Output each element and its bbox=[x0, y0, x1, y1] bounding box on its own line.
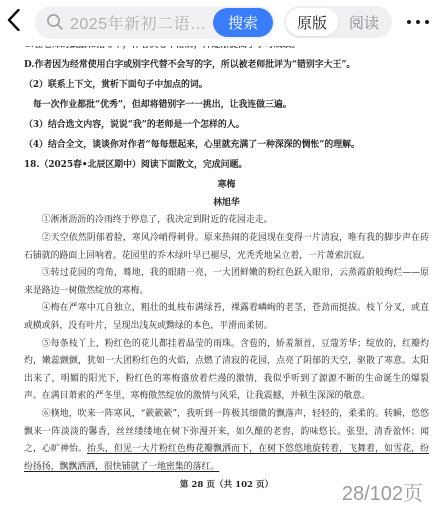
essay-title: 寒梅 bbox=[24, 177, 429, 195]
ellipsis-icon bbox=[407, 20, 411, 24]
tab-original[interactable]: 原版 bbox=[286, 8, 338, 36]
quoted-sentence: 每一次作业都批“优秀”，但却将错别字一一挑出，让我连做三遍。 bbox=[24, 97, 429, 115]
search-input[interactable]: 2025年新初二语… bbox=[70, 11, 213, 34]
question-4: （4）结合全文，谈谈你对作者“每每想起来，心里就充满了一种深深的惆怅”的理解。 bbox=[24, 137, 429, 155]
paragraph-3: ③转过花园的弯角，蓦地，我的眼睛一亮，一大团鲜嫩的粉红色跃入眼帘，云蒸霞蔚般绚烂… bbox=[24, 265, 429, 300]
more-menu-button[interactable] bbox=[403, 14, 433, 30]
question-3: （3）结合选文内容，说说“我”的老师是一个怎样的人。 bbox=[24, 117, 429, 135]
view-mode-toggle: 原版 阅读 bbox=[284, 6, 392, 38]
option-c-line: C.在老师的鼓励和指导下，作者决心不落后，并逐渐提高了学习成绩。 bbox=[24, 46, 429, 55]
toolbar: 2025年新初二语… 搜索 原版 阅读 bbox=[0, 0, 436, 44]
back-button[interactable] bbox=[0, 4, 26, 40]
paragraph-2: ②天空依然阴郁着脸，寒风冷峭得刺骨。原来热闹的花园现在变得一片清寂，唯有我的脚步… bbox=[24, 230, 429, 265]
tab-reading[interactable]: 阅读 bbox=[338, 8, 390, 36]
document-page[interactable]: C.在老师的鼓励和指导下，作者决心不落后，并逐渐提高了学习成绩。 D.作者因为经… bbox=[0, 44, 436, 510]
search-button[interactable]: 搜索 bbox=[213, 8, 273, 37]
paragraph-4: ④梅在严寒中兀自独立，粗壮的虬枝布满绿苔，裸露着嶙峋的老茎，苍劲而挺拔。枝丫分叉… bbox=[24, 300, 429, 335]
option-d-line: D.作者因为经常使用白字或别字代替不会写的字，所以被老师批评为“错别字大王”。 bbox=[24, 57, 429, 75]
essay-author: 林旭华 bbox=[24, 195, 429, 213]
paragraph-6: ⑥倏地，吹来一阵寒风，“簌簌簌”，我听到一阵极其细微的飘落声，轻轻的，柔柔的。转… bbox=[24, 406, 429, 476]
page-indicator: 28/102页 bbox=[336, 477, 423, 506]
search-bar[interactable]: 2025年新初二语… 搜索 bbox=[35, 6, 275, 39]
chevron-left-icon bbox=[7, 9, 20, 36]
search-icon bbox=[46, 13, 64, 31]
question-18-header: 18.（2025春•北辰区期中）阅读下面散文，完成问题。 bbox=[24, 157, 429, 175]
paragraph-5: ⑤每条枝丫上，粉红色的花儿都挂着晶莹的雨珠。含苞的，娇羞颔首，豆蔻芳华；绽放的，… bbox=[24, 336, 429, 406]
paragraph-1: ①淅淅沥沥的冷雨终于停息了，我决定到附近的花园走走。 bbox=[24, 212, 429, 230]
question-2: （2）联系上下文，赏析下面句子中加点的词。 bbox=[24, 77, 429, 95]
